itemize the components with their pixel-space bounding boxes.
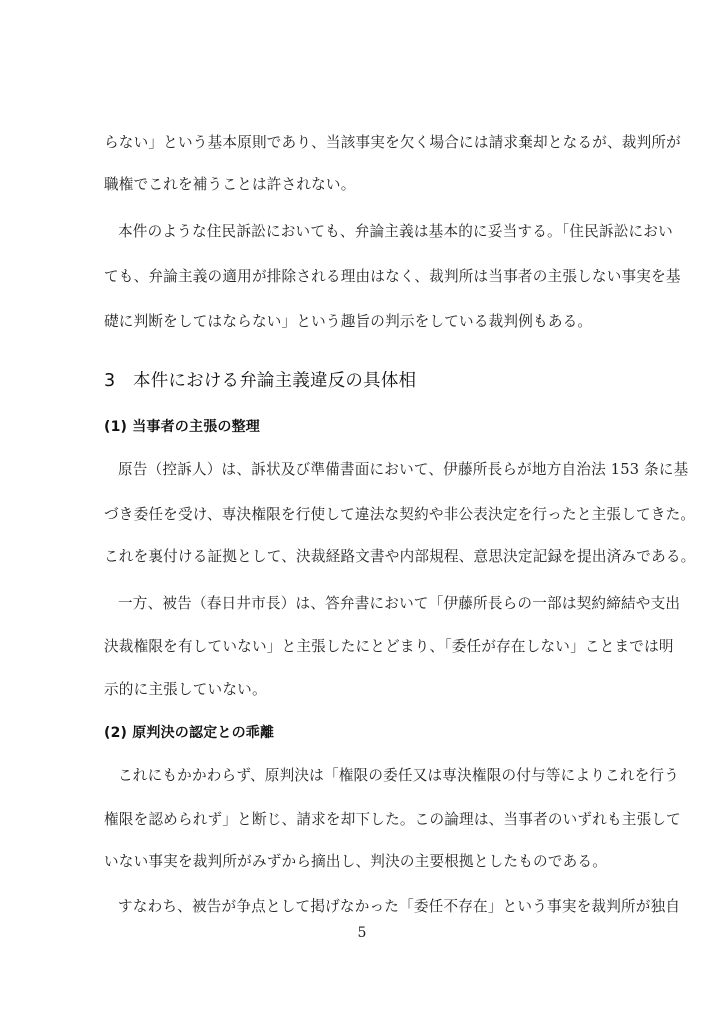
paragraph-line: 示的に主張していない。 <box>104 680 624 700</box>
paragraph-line: 一方、被告（春日井市長）は、答弁書において「伊藤所長らの一部は契約締結や支出 <box>118 594 638 614</box>
page-number: 5 <box>352 923 372 943</box>
paragraph-line: ても、弁論主義の適用が排除される理由はなく、裁判所は当事者の主張しない事実を基 <box>104 267 624 287</box>
section-heading: 3 本件における弁論主義違反の具体相 <box>104 371 624 391</box>
paragraph-line: 本件のような住民訴訟においても、弁論主義は基本的に妥当する。「住民訴訟におい <box>118 222 638 242</box>
paragraph-line: 権限を認められず」と断じ、請求を却下した。この論理は、当事者のいずれも主張して <box>104 810 624 830</box>
paragraph-line: すなわち、被告が争点として掲げなかった「委任不存在」という事実を裁判所が独自 <box>118 897 638 917</box>
subsection-heading: (2) 原判決の認定との乖離 <box>104 723 624 743</box>
paragraph-line: 原告（控訴人）は、訴状及び準備書面において、伊藤所長らが地方自治法 153 条に… <box>118 460 638 480</box>
paragraph-line: 職権でこれを補うことは許されない。 <box>104 175 624 195</box>
paragraph-line: 礎に判断をしてはならない」という趣旨の判示をしている裁判例もある。 <box>104 312 624 332</box>
subsection-heading: (1) 当事者の主張の整理 <box>104 417 624 437</box>
paragraph-line: いない事実を裁判所がみずから摘出し、判決の主要根拠としたものである。 <box>104 852 624 872</box>
paragraph-line: 決裁権限を有していない」と主張したにとどまり、「委任が存在しない」ことまでは明 <box>104 637 624 657</box>
paragraph-line: づき委任を受け、専決権限を行使して違法な契約や非公表決定を行ったと主張してきた。 <box>104 505 624 525</box>
paragraph-line: これにもかかわらず、原判決は「権限の委任又は専決権限の付与等によりこれを行う <box>118 766 638 786</box>
paragraph-line: これを裏付ける証拠として、決裁経路文書や内部規程、意思決定記録を提出済みである。 <box>104 547 624 567</box>
paragraph-line: らない」という基本原則であり、当該事実を欠く場合には請求棄却となるが、裁判所が <box>104 133 624 153</box>
document-page: らない」という基本原則であり、当該事実を欠く場合には請求棄却となるが、裁判所が … <box>0 0 724 1024</box>
